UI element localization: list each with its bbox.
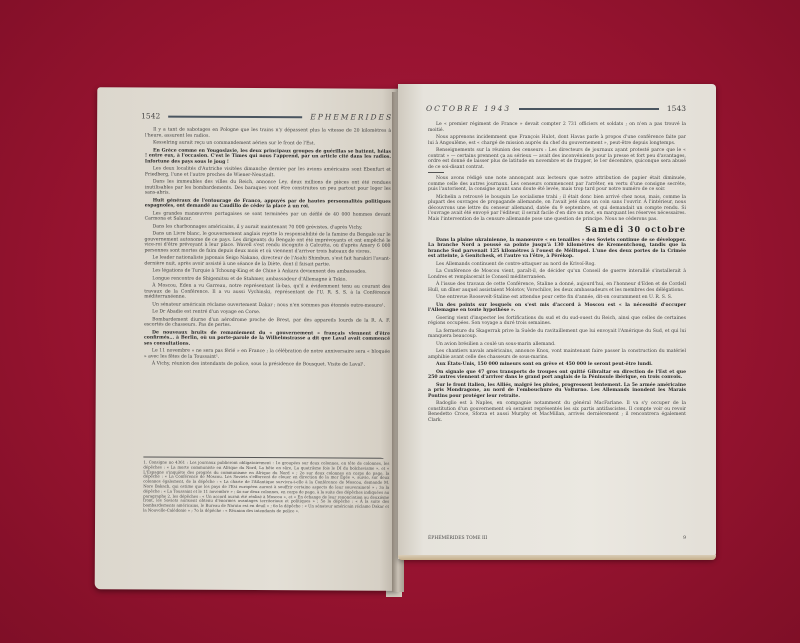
paragraph: Huit généraux de l'entourage de Franco, … <box>145 198 391 210</box>
paragraph: Le « premier régiment de France » devait… <box>428 122 686 133</box>
left-page-number: 1542 <box>141 111 160 120</box>
right-paragraphs-after-heading: Dans la plaine ukrainienne, la manœuvre … <box>428 238 686 424</box>
paragraph: Un des points sur lesquels on s'est mis … <box>428 303 686 314</box>
header-rule <box>519 108 659 110</box>
paragraph: Il y a tant de sabotages en Pologne que … <box>145 127 391 139</box>
left-body-text: Il y a tant de sabotages en Pologne que … <box>144 127 391 370</box>
paragraph: On signale que 47 gros transports de tro… <box>428 370 686 381</box>
section-separator <box>428 172 444 173</box>
paragraph: Le leader nationaliste japonais Seigo Na… <box>144 255 390 267</box>
left-footnote: 1. Consigne no 4361 : Les journaux publi… <box>143 460 389 514</box>
paragraph: Dans les charbonnages américains, il y a… <box>145 224 391 231</box>
paragraph: Sur le front italien, les Alliés, malgré… <box>428 383 686 400</box>
right-running-title: OCTOBRE 1943 <box>426 104 511 113</box>
paragraph: Les Allemands continuent de contre-attaq… <box>428 262 686 268</box>
paragraph: Michelin a retrouvé le bouquin Le social… <box>428 195 686 223</box>
right-page: OCTOBRE 1943 1543 Le « premier régiment … <box>398 84 716 559</box>
paragraph: Kesselring aurait reçu un commandement a… <box>145 140 391 147</box>
paragraph: Dans un Livre blanc, le gouvernement ang… <box>144 231 390 254</box>
paragraph: À l'issue des travaux de cette Conférenc… <box>428 282 686 293</box>
paragraph: Goering vient d'inspecter les fortificat… <box>428 316 686 327</box>
right-running-head: OCTOBRE 1943 1543 <box>426 104 686 113</box>
footer-volume: ÉPHÉMÉRIDES TOME III <box>428 536 487 541</box>
paragraph: Longue rencontre de Shigemitsu et de Sta… <box>144 276 390 283</box>
paragraph: Badoglio est à Naples, en compagnie nota… <box>428 401 686 423</box>
paragraph: La fermeture du Skagerrak prive la Suède… <box>428 329 686 340</box>
paragraph: Nous avons rédigé une note annonçant aux… <box>428 176 686 193</box>
left-running-head: 1542 EPHEMERIDES <box>141 111 393 121</box>
paragraph: À Moscou, Eden a vu Garreau, notre repré… <box>144 283 390 301</box>
paragraph: Renseignements sur la réunion des censeu… <box>428 148 686 170</box>
paragraph: Nous apprenons incidemment que François … <box>428 135 686 146</box>
footnote-rule <box>143 456 383 458</box>
paragraph: Dans la plaine ukrainienne, la manœuvre … <box>428 238 686 260</box>
paragraph: Dans les immeubles des villes du Reich, … <box>145 179 391 197</box>
paragraph: Les deux localités d'Autriche visitées d… <box>145 166 391 178</box>
header-rule <box>168 115 302 118</box>
paragraph: Une entrevue Roosevelt-Staline est atten… <box>428 295 686 301</box>
paragraph: Le 11 novembre « ne sera pas férié » en … <box>144 348 390 360</box>
paragraph: Aux États-Unis, 150 000 mineurs sont en … <box>428 362 686 368</box>
paragraph: Les chantiers navals américains, annonce… <box>428 349 686 360</box>
paragraph: Les légations de Turquie à Tchoung-King … <box>144 268 390 275</box>
footer-signature: 9 <box>683 536 686 541</box>
page-bottom-edge <box>398 555 716 560</box>
paragraph: De nouveaux bruits de remaniement du « g… <box>144 330 390 348</box>
day-heading: Samedi 30 octobre <box>428 227 686 233</box>
left-page: 1542 EPHEMERIDES Il y a tant de sabotage… <box>95 87 401 591</box>
page-footer: ÉPHÉMÉRIDES TOME III 9 <box>428 536 686 541</box>
right-paragraphs-after-rule: Nous avons rédigé une note annonçant aux… <box>428 176 686 222</box>
left-running-title: EPHEMERIDES <box>310 112 393 121</box>
paragraph: Un avion brésilien a coulé un sous-marin… <box>428 342 686 348</box>
paragraph: Bombardement diurne d'un aérodrome proch… <box>144 317 390 329</box>
right-body-text: Le « premier régiment de France » devait… <box>428 122 686 425</box>
paragraph: À Vichy, réunion des intendants de polic… <box>144 361 390 368</box>
paragraph: Le Dr Abadie est rentré d'un voyage en C… <box>144 309 390 316</box>
right-paragraphs-before: Le « premier régiment de France » devait… <box>428 122 686 170</box>
right-page-number: 1543 <box>667 104 686 113</box>
paragraph: Un sénateur américain réclame ouvertemen… <box>144 302 390 309</box>
paragraph: En Grèce comme en Yougoslavie, les deux … <box>145 148 391 166</box>
paragraph: Les grandes manœuvres portugaises se son… <box>145 211 391 223</box>
paragraph: La Conférence de Moscou vient, paraît-il… <box>428 269 686 280</box>
